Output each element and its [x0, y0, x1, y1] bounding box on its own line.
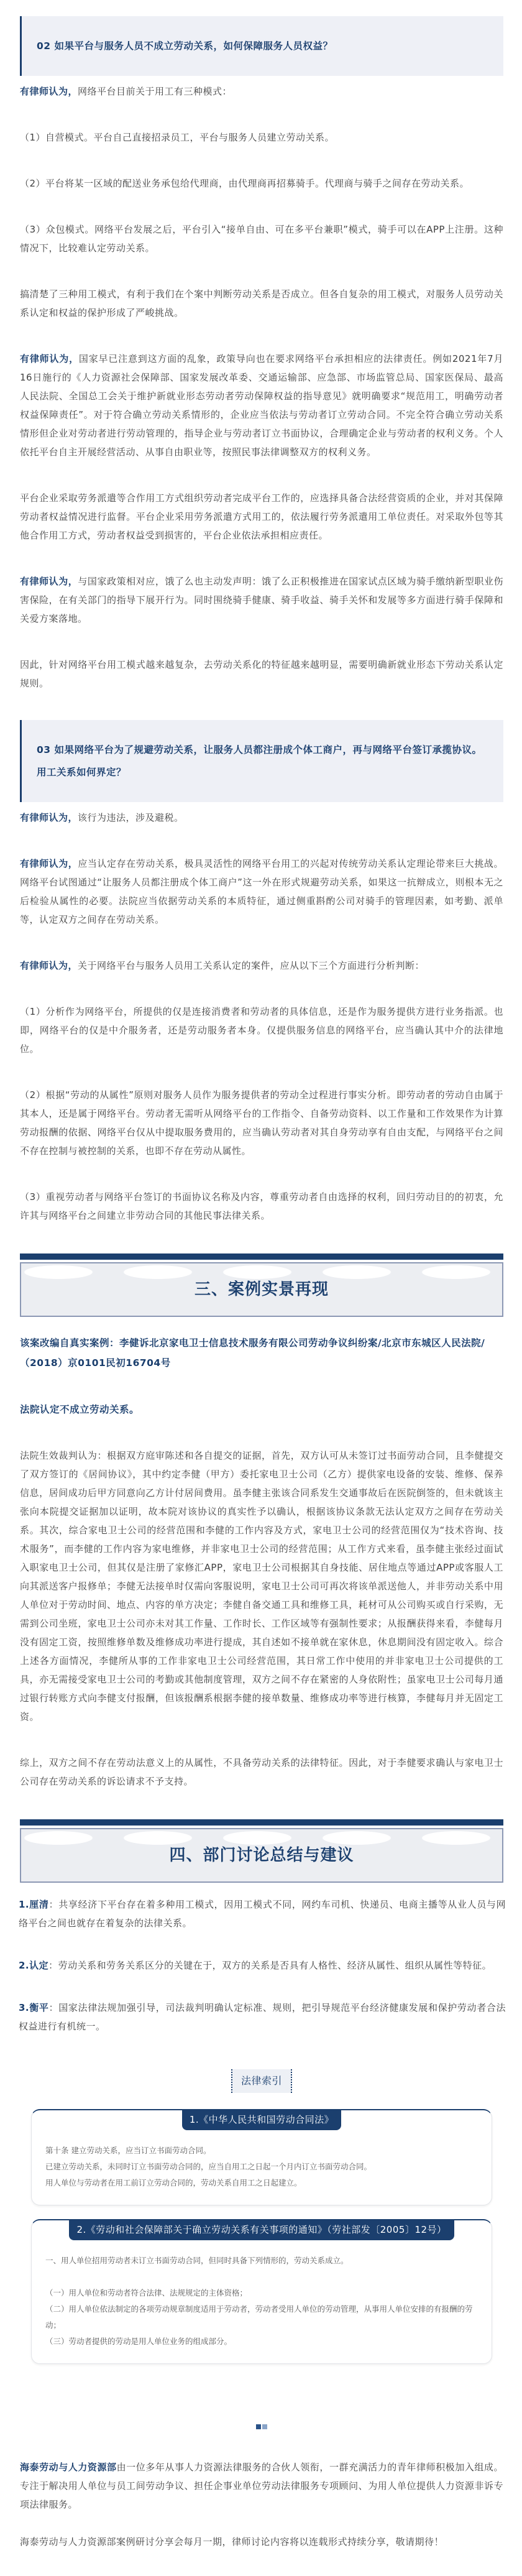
law-line: 一、用人单位招用劳动者未订立书面劳动合同，但同时具备下列情形的，劳动关系成立。	[45, 2253, 478, 2269]
org-intro: 海泰劳动与人力资源部由一位多年从事人力资源法律服务的合伙人领衔，一群充满活力的青…	[20, 2458, 503, 2514]
law-index: 法律索引 1.《中华人民共和国劳动合同法》 第十条 建立劳动关系，应当订立书面劳…	[0, 2069, 522, 2576]
summary-item: 1.厘清：共享经济下平台存在着多种用工模式，因用工模式不同，网约车司机、快递员、…	[19, 1895, 506, 1932]
paragraph: 有律师认为，关于网络平台与服务人员用工关系认定的案件，应从以下三个方面进行分析判…	[20, 956, 503, 975]
paragraph: 搞清楚了三种用工模式，有利于我们在个案中判断劳动关系是否成立。但各自复杂的用工模…	[20, 285, 503, 322]
court-finding: 法院认定不成立劳动关系。	[20, 1400, 503, 1419]
law-card: 1.《中华人民共和国劳动合同法》 第十条 建立劳动关系，应当订立书面劳动合同。 …	[31, 2109, 492, 2205]
judgment-text: 法院生效裁判认为：根据双方庭审陈述和各自提交的证据，首先，双方认可从未签订过书面…	[20, 1446, 503, 1726]
summary-item: 2.认定：劳动关系和劳务关系区分的关键在于，双方的关系是否具有人格性、经济从属性…	[19, 1956, 506, 1975]
paragraph-text: 与国家政策相对应，饿了么也主动发声明：饿了么正积极推进在国家试点区域为骑手缴纳新…	[20, 576, 503, 624]
lawyer-opinion-lead: 有律师认为，	[20, 353, 79, 364]
summary-item-text: ：共享经济下平台存在着多种用工模式，因用工模式不同，网约车司机、快递员、电商主播…	[19, 1899, 506, 1929]
section-heading: 四、部门讨论总结与建议	[20, 1828, 503, 1883]
paragraph-text: 关于网络平台与服务人员用工关系认定的案件，应从以下三个方面进行分析判断：	[78, 960, 424, 971]
question-box-03: 03 如果网络平台为了规避劳动关系，让服务人员都注册成个体工商户，再与网络平台签…	[20, 720, 503, 802]
law-line: 已建立劳动关系，未同时订立书面劳动合同的，应当自用工之日起一个月内订立书面劳动合…	[45, 2159, 478, 2175]
judgment-conclusion: 综上，双方之间不存在劳动法意义上的从属性，不具备劳动关系的法律特征。因此，对于李…	[20, 1753, 503, 1791]
paragraph: 有律师认为，与国家政策相对应，饿了么也主动发声明：饿了么正积极推进在国家试点区域…	[20, 572, 503, 628]
law-index-label: 法律索引	[231, 2069, 292, 2093]
section-heading-text: 四、部门讨论总结与建议	[169, 1846, 354, 1865]
mode-item: （2）平台将某一区域的配送业务承包给代理商，由代理商再招募骑手。代理商与骑手之间…	[20, 174, 503, 193]
org-name: 海泰劳动与人力资源部	[20, 2462, 117, 2473]
law-line: 用人单位与劳动者在用工前订立劳动合同的，劳动关系自用工之日起建立。	[45, 2175, 478, 2191]
mode-item: （1）自营模式。平台自己直接招录员工，平台与服务人员建立劳动关系。	[20, 128, 503, 147]
question-box-02: 02 如果平台与服务人员不成立劳动关系，如何保障服务人员权益？	[20, 16, 503, 76]
dot-dark	[256, 2424, 261, 2429]
law-body: 第十条 建立劳动关系，应当订立书面劳动合同。 已建立劳动关系，未同时订立书面劳动…	[45, 2143, 478, 2191]
summary-item-text: ：国家法律法规加强引导，司法裁判明确认定标准、规则，把引导规范平台经济健康发展和…	[19, 2002, 506, 2032]
law-line: 第十条 建立劳动关系，应当订立书面劳动合同。	[45, 2143, 478, 2159]
lawyer-opinion-lead: 有律师认为，	[20, 858, 78, 869]
paragraph: 有律师认为，国家早已注意到这方面的乱象，政策导向也在要求网络平台承担相应的法律责…	[20, 349, 503, 461]
law-body: 一、用人单位招用劳动者未订立书面劳动合同，但同时具备下列情形的，劳动关系成立。 …	[45, 2253, 478, 2350]
paragraph: 有律师认为，应当认定存在劳动关系，极具灵活性的网络平台用工的兴起对传统劳动关系认…	[20, 854, 503, 929]
section-heading: 三、案例实景再现	[20, 1262, 503, 1317]
law-index-header: 法律索引	[20, 2069, 503, 2093]
law-title: 1.《中华人民共和国劳动合同法》	[182, 2110, 341, 2130]
law-card: 2.《劳动和社会保障部关于确立劳动关系有关事项的通知》（劳社部发〔2005〕12…	[31, 2219, 492, 2364]
paragraph: 有律师认为，该行为违法，涉及避税。	[20, 808, 503, 827]
divider-dots-icon	[20, 2423, 503, 2429]
paragraph-text: 应当认定存在劳动关系，极具灵活性的网络平台用工的兴起对传统劳动关系认定理论带来巨…	[20, 858, 503, 925]
summary-item-label: 1.厘清	[19, 1899, 49, 1910]
lawyer-opinion-lead: 有律师认为，	[20, 576, 78, 587]
lawyer-opinion-lead: 有律师认为，	[20, 812, 78, 823]
paragraph-text: 网络平台目前关于用工有三种模式：	[78, 86, 232, 97]
dot-light	[262, 2424, 267, 2429]
section-banner-case: 三、案例实景再现	[20, 1253, 503, 1317]
law-line: （一）用人单位和劳动者符合法律、法规规定的主体资格；	[45, 2285, 478, 2301]
analysis-point: （2）根据“劳动的从属性”原则对服务人员作为服务提供者的劳动全过程进行事实分析。…	[20, 1086, 503, 1160]
series-note: 海泰劳动与人力资源部案例研讨分享会每月一期，律师讨论内容将以连载形式持续分享，敬…	[20, 2532, 503, 2576]
summary-item-label: 2.认定	[19, 1960, 48, 1971]
spacer	[45, 2269, 478, 2285]
paragraph: 有律师认为，网络平台目前关于用工有三种模式：	[20, 82, 503, 101]
analysis-point: （3）重视劳动者与网络平台签订的书面协议名称及内容，尊重劳动者自由选择的权利，回…	[20, 1188, 503, 1225]
paragraph: 平台企业采取劳务派遣等合作用工方式组织劳动者完成平台工作的，应选择具备合法经营资…	[20, 489, 503, 545]
summary-item-text: ：劳动关系和劳务关系区分的关键在于，双方的关系是否具有人格性、经济从属性、组织从…	[48, 1960, 492, 1971]
mode-item: （3）众包模式。网络平台发展之后，平台引入“接单自由、可在多平台兼职”模式，骑手…	[20, 220, 503, 257]
law-line: （二）用人单位依法制定的各项劳动规章制度适用于劳动者，劳动者受用人单位的劳动管理…	[45, 2301, 478, 2334]
paragraph-text: 国家早已注意到这方面的乱象，政策导向也在要求网络平台承担相应的法律责任。例如20…	[20, 353, 503, 458]
summary-item: 3.衡平：国家法律法规加强引导，司法裁判明确认定标准、规则，把引导规范平台经济健…	[19, 1998, 506, 2036]
article: 02 如果平台与服务人员不成立劳动关系，如何保障服务人员权益？ 有律师认为，网络…	[0, 16, 522, 1883]
lawyer-opinion-lead: 有律师认为，	[20, 86, 78, 97]
law-title: 2.《劳动和社会保障部关于确立劳动关系有关事项的通知》（劳社部发〔2005〕12…	[69, 2220, 454, 2240]
section-banner-summary: 四、部门讨论总结与建议	[20, 1819, 503, 1883]
paragraph: 因此，针对网络平台用工模式越来越复杂，去劳动关系化的特征越来越明显，需要明确新就…	[20, 655, 503, 693]
paragraph-text: 该行为违法，涉及避税。	[78, 812, 184, 823]
banner-divider	[20, 1253, 503, 1260]
law-line: （三）劳动者提供的劳动是用人单位业务的组成部分。	[45, 2334, 478, 2350]
analysis-point: （1）分析作为网络平台，所提供的仅是连接消费者和劳动者的具体信息，还是作为服务提…	[20, 1002, 503, 1058]
banner-divider	[20, 1819, 503, 1826]
question-title: 02 如果平台与服务人员不成立劳动关系，如何保障服务人员权益？	[37, 40, 332, 52]
summary-item-label: 3.衡平	[19, 2002, 49, 2013]
lawyer-opinion-lead: 有律师认为，	[20, 960, 78, 971]
question-title: 03 如果网络平台为了规避劳动关系，让服务人员都注册成个体工商户，再与网络平台签…	[37, 744, 482, 778]
case-source: 该案改编自真实案例：李健诉北京家电卫士信息技术服务有限公司劳动争议纠纷案/北京市…	[20, 1333, 503, 1373]
section-heading-text: 三、案例实景再现	[195, 1280, 329, 1299]
summary-list: 1.厘清：共享经济下平台存在着多种用工模式，因用工模式不同，网约车司机、快递员、…	[0, 1895, 522, 2036]
